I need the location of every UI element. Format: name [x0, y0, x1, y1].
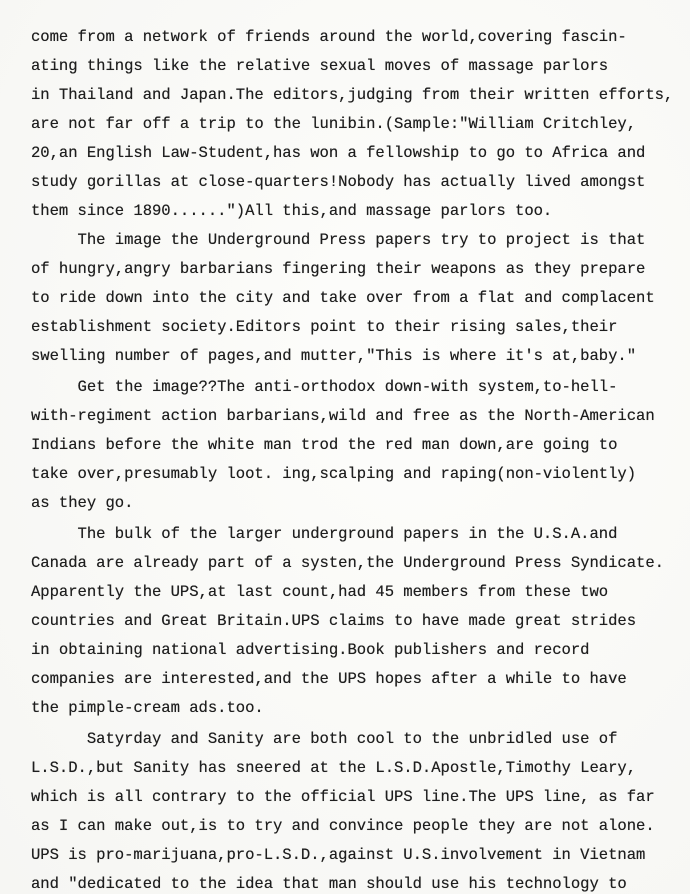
text-line: in Thailand and Japan.The editors,judgin… [31, 85, 673, 105]
text-line: Get the image??The anti-orthodox down-wi… [31, 377, 617, 397]
typewritten-page: come from a network of friends around th… [0, 0, 690, 894]
text-line: ating things like the relative sexual mo… [31, 56, 608, 76]
text-line: establishment society.Editors point to t… [31, 317, 617, 337]
text-line: are not far off a trip to the lunibin.(S… [31, 114, 636, 134]
document-body: come from a network of friends around th… [0, 0, 690, 894]
text-line: to ride down into the city and take over… [31, 288, 655, 308]
text-line: come from a network of friends around th… [31, 27, 627, 47]
text-line: and "dedicated to the idea that man shou… [31, 874, 627, 894]
text-line: the pimple-cream ads.too. [31, 698, 264, 718]
text-line: Indians before the white man trod the re… [31, 435, 617, 455]
text-line: 20,an English Law-Student,has won a fell… [31, 143, 645, 163]
text-line: of hungry,angry barbarians fingering the… [31, 259, 645, 279]
text-line: as I can make out,is to try and convince… [31, 816, 655, 836]
text-line: in obtaining national advertising.Book p… [31, 640, 589, 660]
text-line: them since 1890......")All this,and mass… [31, 201, 552, 221]
text-line: companies are interested,and the UPS hop… [31, 669, 627, 689]
text-line: with-regiment action barbarians,wild and… [31, 406, 655, 426]
text-line: take over,presumably loot. ing,scalping … [31, 464, 636, 484]
text-line: The bulk of the larger underground paper… [31, 524, 617, 544]
text-line: Satyrday and Sanity are both cool to the… [31, 729, 617, 749]
text-line: Apparently the UPS,at last count,had 45 … [31, 582, 608, 602]
text-line: study gorillas at close-quarters!Nobody … [31, 172, 645, 192]
text-line: The image the Underground Press papers t… [31, 230, 645, 250]
text-line: as they go. [31, 493, 133, 513]
text-line: swelling number of pages,and mutter,"Thi… [31, 346, 636, 366]
text-line: countries and Great Britain.UPS claims t… [31, 611, 636, 631]
text-line: UPS is pro-marijuana,pro-L.S.D.,against … [31, 845, 645, 865]
text-line: which is all contrary to the official UP… [31, 787, 655, 807]
text-line: L.S.D.,but Sanity has sneered at the L.S… [31, 758, 636, 778]
text-line: Canada are already part of a systen,the … [31, 553, 664, 573]
